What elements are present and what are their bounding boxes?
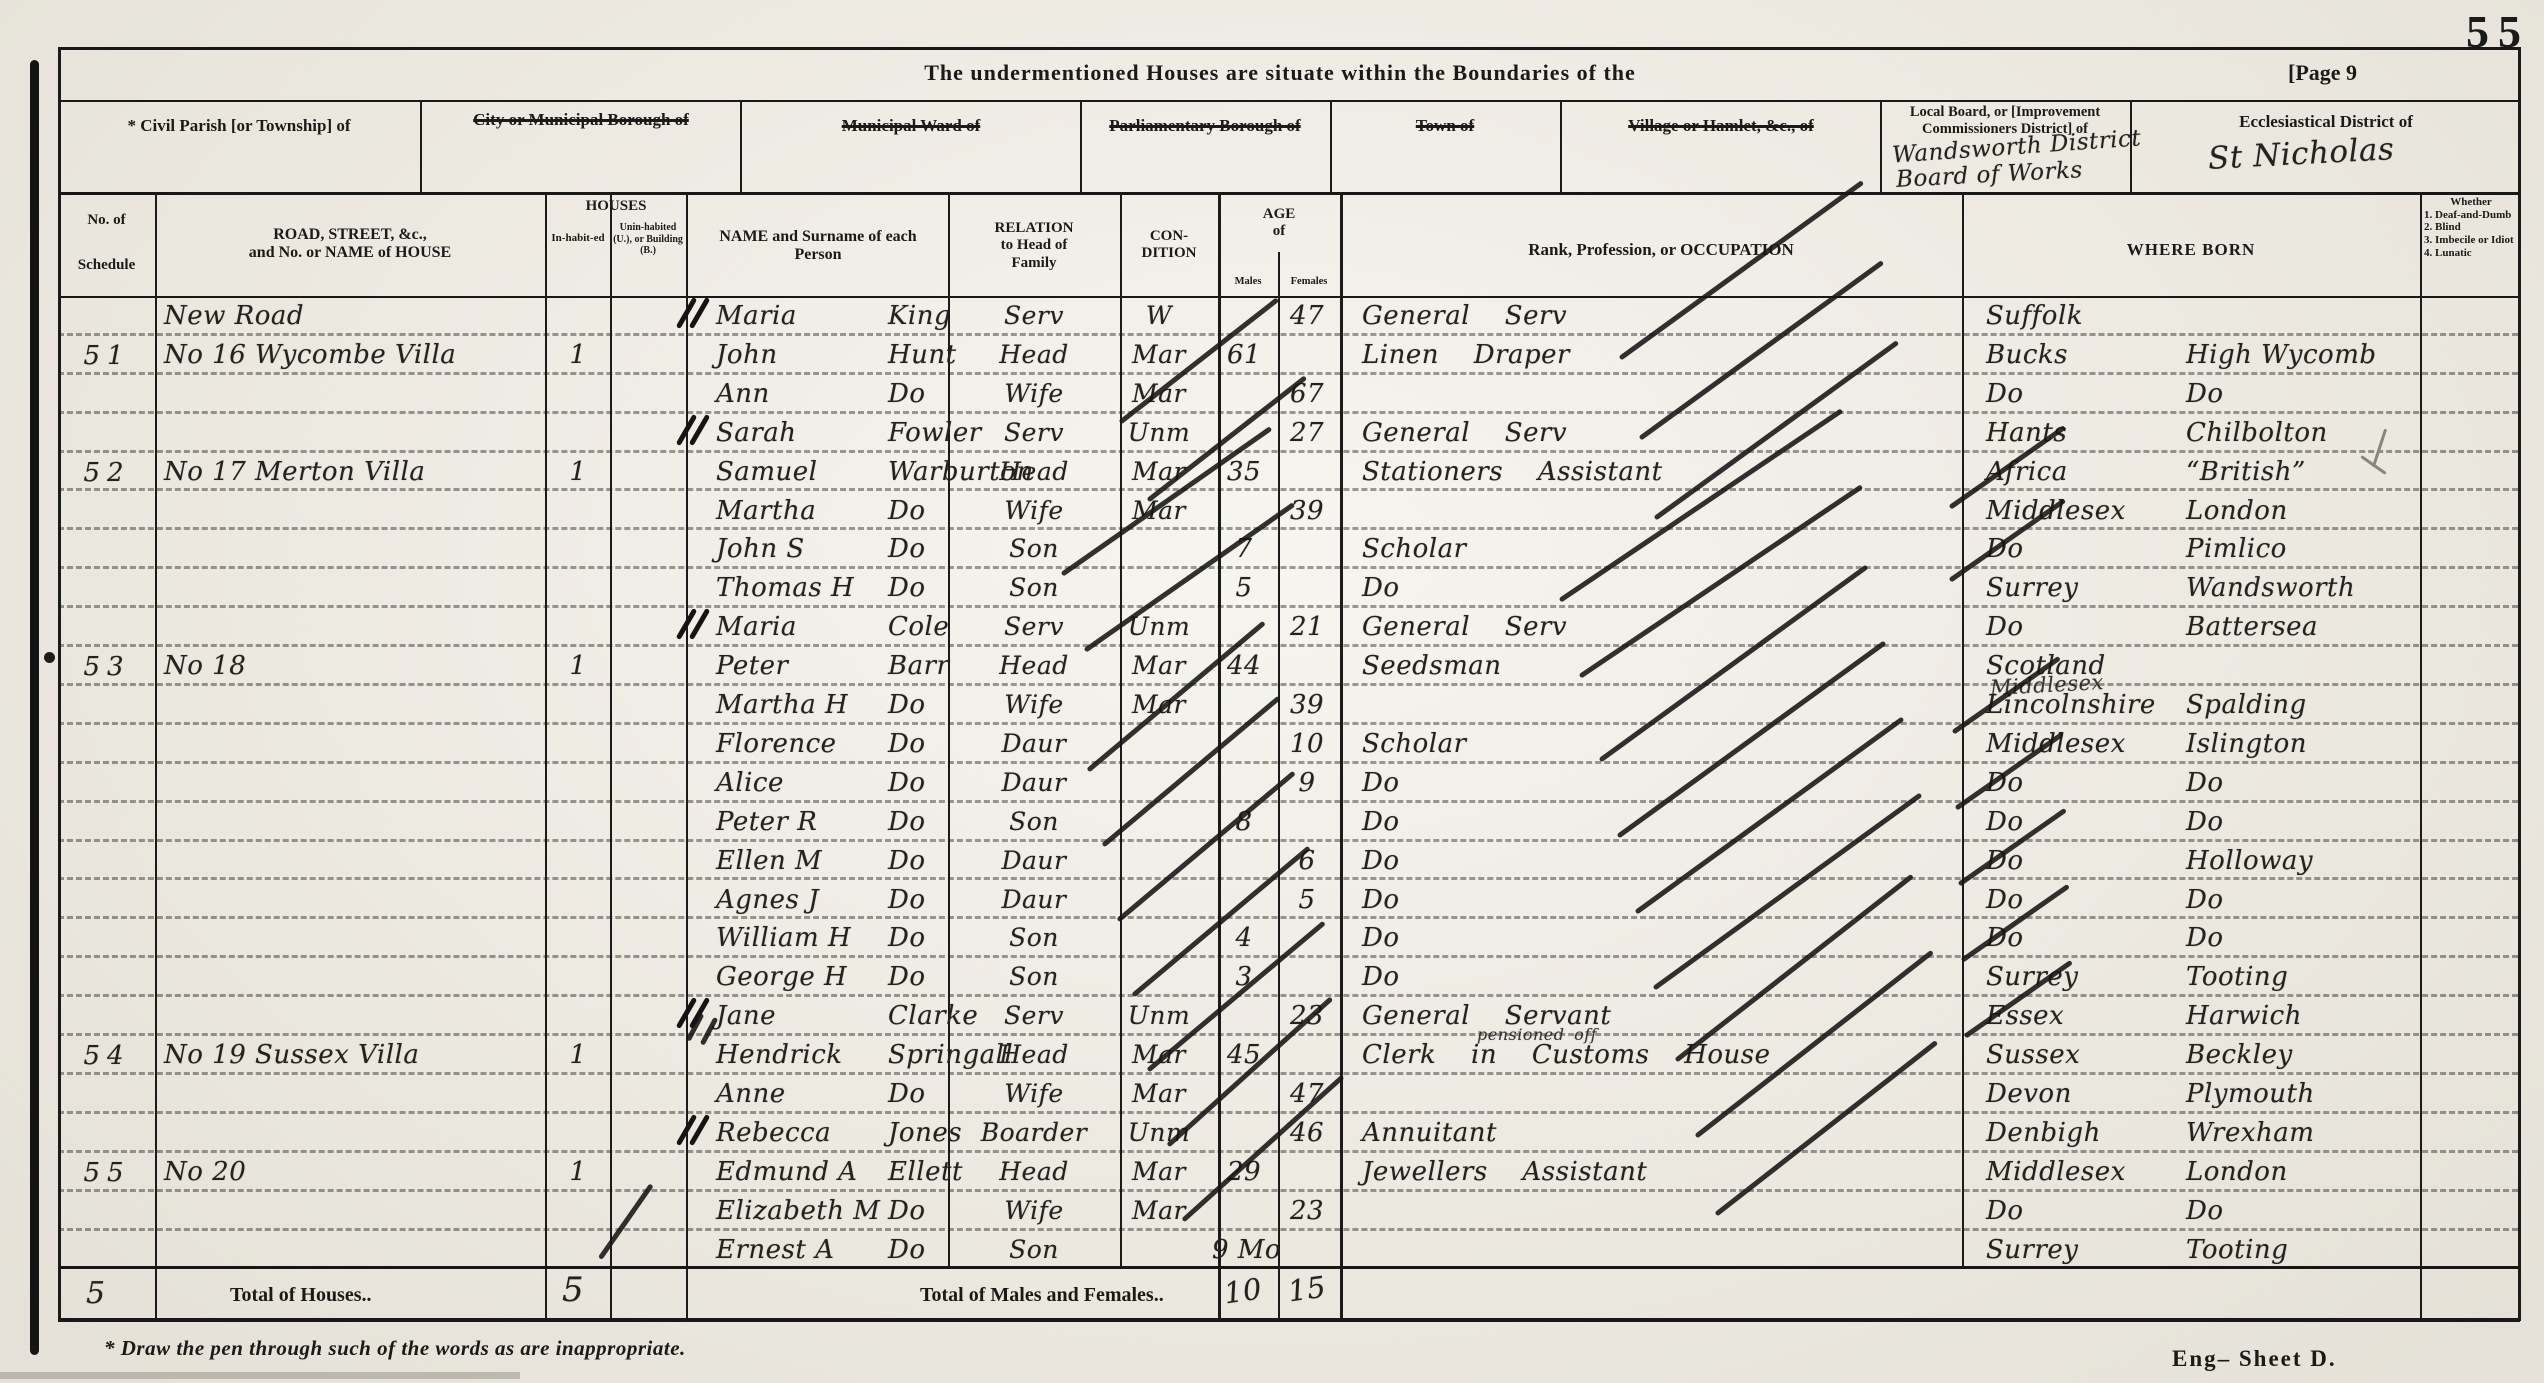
colhead-name-l1: NAME and Surname of each <box>690 228 946 246</box>
where-born-county: Do <box>1986 534 2191 564</box>
col-divider <box>740 100 742 192</box>
col-divider <box>420 100 422 192</box>
where-born-county: Surrey <box>1986 573 2191 603</box>
table-row: Maria Cole Serv Unm 21 General Serv Do B… <box>0 607 2544 646</box>
given-name: Thomas H <box>716 573 886 603</box>
colhead-males: Males <box>1218 276 1278 288</box>
where-born-county: Denbigh <box>1986 1118 2191 1148</box>
given-name: George H <box>716 962 886 992</box>
colhead-infirmity: Whether 1. Deaf-and-Dumb2. Blind3. Imbec… <box>2424 196 2518 259</box>
pencil-mark <box>2368 428 2408 488</box>
where-born-place: Do <box>2186 885 2416 915</box>
colhead-infirmity-title: Whether <box>2424 196 2518 209</box>
col-divider <box>1330 100 1332 192</box>
age-female: 39 <box>1276 690 1338 720</box>
where-born-place: Beckley <box>2186 1040 2416 1070</box>
occupation: General Servant <box>1362 1001 1942 1031</box>
colhead-schedule-l1: No. of <box>58 212 155 229</box>
inhabited-count: 1 <box>548 651 608 681</box>
colhead-road: ROAD, STREET, &c., and No. or NAME of HO… <box>160 226 540 263</box>
given-name: Maria <box>716 612 886 642</box>
boundary-cell-ecclesiastical-district: Ecclesiastical District of <box>2138 112 2514 132</box>
colhead-inhabited: In-habit-ed <box>547 232 609 245</box>
totals-males-value: 10 <box>1222 1272 1264 1311</box>
where-born-place: Do <box>2186 807 2416 837</box>
table-row: Peter R Do Son 8 Do Do Do <box>0 802 2544 841</box>
inhabited-count: 1 <box>548 1157 608 1187</box>
age-female: 46 <box>1276 1118 1338 1148</box>
table-row: Anne Do Wife Mar 47 Devon Plymouth <box>0 1074 2544 1113</box>
age-female: 10 <box>1276 729 1338 759</box>
where-born-county: Middlesex <box>1986 496 2191 526</box>
table-row: Ellen M Do Daur 6 Do Do Holloway <box>0 841 2544 880</box>
census-sheet: 55 The undermentioned Houses are situate… <box>0 0 2544 1383</box>
house-name: No 16 Wycombe Villa <box>164 340 544 370</box>
condition: Mar <box>1100 340 1218 369</box>
condition: Unm <box>1100 1118 1218 1147</box>
boundary-cell-civil-parish: * Civil Parish [or Township] of <box>62 116 416 136</box>
relation-to-head: Wife <box>948 690 1120 719</box>
colhead-infirmity-item: 2. Blind <box>2424 221 2518 234</box>
boundary-cell-city-borough: City or Municipal Borough of <box>428 110 734 130</box>
table-row: 51 No 16 Wycombe Villa 1 John Hunt Head … <box>0 335 2544 374</box>
colhead-relation-l3: Family <box>950 255 1118 272</box>
colhead-relation-l1: RELATION <box>950 220 1118 237</box>
where-born-county: Middlesex <box>1986 729 2191 759</box>
where-born-place: High Wycomb <box>2186 340 2416 370</box>
totals-houses-value: 5 <box>562 1270 584 1310</box>
given-name: John <box>716 340 886 370</box>
col-divider <box>1560 100 1562 192</box>
occupation: Do <box>1362 962 1942 992</box>
house-name: New Road <box>164 301 544 331</box>
house-name: No 18 <box>164 651 544 681</box>
relation-to-head: Son <box>948 923 1120 952</box>
where-born-place: Spalding <box>2186 690 2416 720</box>
where-born-county: Sussex <box>1986 1040 2191 1070</box>
inhabited-count: 1 <box>548 340 608 370</box>
where-born-place: Plymouth <box>2186 1079 2416 1109</box>
given-name: Edmund A <box>716 1157 886 1187</box>
relation-to-head: Serv <box>948 418 1120 447</box>
where-born-place: Wrexham <box>2186 1118 2416 1148</box>
where-born-place: Do <box>2186 379 2416 409</box>
colhead-infirmity-items: 1. Deaf-and-Dumb2. Blind3. Imbecile or I… <box>2424 209 2518 260</box>
totals-schedule-count: 5 <box>86 1276 106 1311</box>
where-born-place: Pimlico <box>2186 534 2416 564</box>
condition: Unm <box>1100 418 1218 447</box>
given-name: Samuel <box>716 457 886 487</box>
where-born-place: Wandsworth <box>2186 573 2416 603</box>
table-row: Agnes J Do Daur 5 Do Do Do <box>0 880 2544 919</box>
age-female: 5 <box>1276 885 1338 915</box>
given-name: Peter <box>716 651 886 681</box>
relation-to-head: Daur <box>948 768 1120 797</box>
occupation-superscript-note: pensioned off <box>1477 1025 1597 1044</box>
table-row: Jane Clarke Serv Unm 23 General Servant … <box>0 996 2544 1035</box>
schedule-number: 55 <box>62 1158 152 1188</box>
relation-to-head: Head <box>948 1157 1120 1186</box>
given-name: Peter R <box>716 807 886 837</box>
where-born-place: Islington <box>2186 729 2416 759</box>
condition: Mar <box>1100 1040 1218 1069</box>
condition: W <box>1100 301 1218 330</box>
given-name: Agnes J <box>716 885 886 915</box>
condition: Mar <box>1100 496 1218 525</box>
household-separator-mark <box>684 607 716 643</box>
where-born-county: Devon <box>1986 1079 2191 1109</box>
colhead-age-l1: AGE <box>1220 206 1338 223</box>
occupation: Stationers Assistant <box>1362 457 1942 487</box>
table-row: Ann Do Wife Mar 67 Do Do <box>0 374 2544 413</box>
house-name: No 19 Sussex Villa <box>164 1040 544 1070</box>
where-born-county: Do <box>1986 846 2191 876</box>
table-row: Florence Do Daur 10 Scholar Middlesex Is… <box>0 724 2544 763</box>
ecclesiastical-district-entry: St Nicholas <box>2207 131 2395 177</box>
where-born-county: Do <box>1986 923 2191 953</box>
rule <box>58 100 2520 102</box>
colhead-infirmity-item: 3. Imbecile or Idiot <box>2424 234 2518 247</box>
colhead-age: AGE of <box>1220 206 1338 241</box>
table-row: 53 No 18 1 Peter Barr Head Mar 44 Seedsm… <box>0 646 2544 685</box>
where-born-county: Do <box>1986 612 2191 642</box>
colhead-condition-l2: DITION <box>1122 245 1216 262</box>
table-row: 52 No 17 Merton Villa 1 Samuel Warburton… <box>0 452 2544 491</box>
given-name: Florence <box>716 729 886 759</box>
where-born-county: Bucks <box>1986 340 2191 370</box>
where-born-county: Do <box>1986 885 2191 915</box>
colhead-name-l2: Person <box>690 246 946 264</box>
relation-to-head: Serv <box>948 301 1120 330</box>
table-row: Elizabeth M Do Wife Mar 23 Do Do <box>0 1191 2544 1230</box>
colhead-road-l2: and No. or NAME of HOUSE <box>160 244 540 262</box>
relation-to-head: Wife <box>948 1079 1120 1108</box>
house-name: No 17 Merton Villa <box>164 457 544 487</box>
occupation: Jewellers Assistant <box>1362 1157 1942 1187</box>
totals-males-females-label: Total of Males and Females.. <box>920 1284 1164 1307</box>
where-born-county: Middlesex <box>1986 1157 2191 1187</box>
colhead-condition: CON- DITION <box>1122 228 1216 263</box>
occupation: Do <box>1362 846 1942 876</box>
relation-to-head: Boarder <box>948 1118 1120 1147</box>
colhead-relation-l2: to Head of <box>950 237 1118 254</box>
scan-artifact <box>0 1372 520 1379</box>
inhabited-count: 1 <box>548 1040 608 1070</box>
condition: Mar <box>1100 690 1218 719</box>
condition: Mar <box>1100 1079 1218 1108</box>
where-born-place: Tooting <box>2186 1235 2416 1265</box>
where-born-county: Hants <box>1986 418 2191 448</box>
age-female: 27 <box>1276 418 1338 448</box>
table-row: John S Do Son 7 Scholar Do Pimlico <box>0 529 2544 568</box>
table-row: Alice Do Daur 9 Do Do Do <box>0 763 2544 802</box>
household-separator-mark <box>684 413 716 449</box>
relation-to-head: Son <box>948 962 1120 991</box>
age-male: 4 <box>1212 923 1276 953</box>
colhead-schedule: No. of Schedule <box>58 212 155 275</box>
where-born-county: Suffolk <box>1986 301 2191 331</box>
relation-to-head: Wife <box>948 379 1120 408</box>
where-born-county: Lincolnshire <box>1986 690 2191 720</box>
colhead-schedule-l2: Schedule <box>58 257 155 274</box>
relation-to-head: Head <box>948 457 1120 486</box>
relation-to-head: Son <box>948 573 1120 602</box>
age-female: 21 <box>1276 612 1338 642</box>
occupation: Clerk in Customs Housepensioned off <box>1362 1040 1942 1070</box>
totals-females-value: 15 <box>1286 1270 1328 1309</box>
where-born-place: Do <box>2186 1196 2416 1226</box>
given-name: Alice <box>716 768 886 798</box>
household-separator-mark <box>684 1113 716 1149</box>
rows: New Road Maria King Serv W 47 General Se… <box>0 296 2544 1269</box>
frame-top <box>58 47 2520 50</box>
where-born-county: Essex <box>1986 1001 2191 1031</box>
relation-to-head: Wife <box>948 496 1120 525</box>
table-row: Ernest A Do Son 9 Mo Surrey Tooting <box>0 1230 2544 1269</box>
page-label: [Page 9 <box>2288 60 2357 85</box>
boundary-cell-village-hamlet: Village or Hamlet, &c., of <box>1568 116 1874 136</box>
occupation: Linen Draper <box>1362 340 1942 370</box>
given-name: Martha H <box>716 690 886 720</box>
col-divider <box>1080 100 1082 192</box>
where-born-place: Do <box>2186 768 2416 798</box>
relation-to-head: Daur <box>948 885 1120 914</box>
relation-to-head: Head <box>948 340 1120 369</box>
colhead-road-l1: ROAD, STREET, &c., <box>160 226 540 244</box>
where-born-place: Battersea <box>2186 612 2416 642</box>
table-row: Sarah Fowler Serv Unm 27 General Serv Ha… <box>0 413 2544 452</box>
form-title: The undermentioned Houses are situate wi… <box>300 60 2260 85</box>
relation-to-head: Daur <box>948 846 1120 875</box>
given-name: Ellen M <box>716 846 886 876</box>
occupation: Annuitant <box>1362 1118 1942 1148</box>
where-born-place: Harwich <box>2186 1001 2416 1031</box>
table-row: Thomas H Do Son 5 Do Surrey Wandsworth <box>0 568 2544 607</box>
colhead-houses: HOUSES <box>548 198 684 215</box>
given-name: Hendrick <box>716 1040 886 1070</box>
household-separator-mark <box>684 296 716 332</box>
colhead-condition-l1: CON- <box>1122 228 1216 245</box>
age-male: 5 <box>1212 573 1276 603</box>
colhead-infirmity-item: 1. Deaf-and-Dumb <box>2424 209 2518 222</box>
boundary-cell-parliamentary-borough: Parliamentary Borough of <box>1086 116 1324 136</box>
occupation: General Serv <box>1362 301 1942 331</box>
given-name: Anne <box>716 1079 886 1109</box>
table-row: William H Do Son 4 Do Do Do <box>0 918 2544 957</box>
given-name: Elizabeth M <box>716 1196 886 1226</box>
boundary-cell-town: Town of <box>1336 116 1554 136</box>
where-born-county: Surrey <box>1986 1235 2191 1265</box>
colhead-where-born: WHERE BORN <box>1964 240 2418 260</box>
given-name: Rebecca <box>716 1118 886 1148</box>
colhead-infirmity-item: 4. Lunatic <box>2424 247 2518 260</box>
totals-houses-label: Total of Houses.. <box>230 1284 372 1307</box>
colhead-relation: RELATION to Head of Family <box>950 220 1118 272</box>
relation-to-head: Head <box>948 1040 1120 1069</box>
schedule-number: 51 <box>62 341 152 371</box>
where-born-place: London <box>2186 1157 2416 1187</box>
given-name: Jane <box>716 1001 886 1031</box>
where-born-place: Tooting <box>2186 962 2416 992</box>
relation-to-head: Wife <box>948 1196 1120 1225</box>
occupation: Do <box>1362 923 1942 953</box>
colhead-occupation: Rank, Profession, or OCCUPATION <box>1362 240 1960 260</box>
given-name: Sarah <box>716 418 886 448</box>
relation-to-head: Head <box>948 651 1120 680</box>
where-born-place: Holloway <box>2186 846 2416 876</box>
where-born-county: Do <box>1986 1196 2191 1226</box>
given-name: Ann <box>716 379 886 409</box>
rule <box>58 192 2520 195</box>
where-born-county: Surrey <box>1986 962 2191 992</box>
schedule-number: 52 <box>62 458 152 488</box>
age-female: 47 <box>1276 301 1338 331</box>
relation-to-head: Serv <box>948 612 1120 641</box>
relation-to-head: Daur <box>948 729 1120 758</box>
house-name: No 20 <box>164 1157 544 1187</box>
age-male: 9 Mo <box>1212 1235 1276 1265</box>
table-row: 55 No 20 1 Edmund A Ellett Head Mar 29 J… <box>0 1152 2544 1191</box>
relation-to-head: Serv <box>948 1001 1120 1030</box>
colhead-females: Females <box>1278 276 1340 288</box>
colhead-uninhabited: Unin-habited (U.), or Building (B.) <box>612 222 684 257</box>
where-born-place: Do <box>2186 923 2416 953</box>
age-female: 23 <box>1276 1196 1338 1226</box>
given-name: Martha <box>716 496 886 526</box>
schedule-number: 53 <box>62 652 152 682</box>
relation-to-head: Son <box>948 1235 1120 1264</box>
colhead-age-l2: of <box>1220 223 1338 240</box>
col-divider <box>1880 100 1882 192</box>
condition: Mar <box>1100 1157 1218 1186</box>
given-name: John S <box>716 534 886 564</box>
sheet-label: Eng– Sheet D. <box>2172 1346 2337 1372</box>
boundary-cell-municipal-ward: Municipal Ward of <box>748 116 1074 136</box>
where-born-county: Do <box>1986 379 2191 409</box>
where-born-county: Do <box>1986 768 2191 798</box>
given-name: Ernest A <box>716 1235 886 1265</box>
where-born-county: Do <box>1986 807 2191 837</box>
given-name: Maria <box>716 301 886 331</box>
inhabited-count: 1 <box>548 457 608 487</box>
relation-to-head: Son <box>948 807 1120 836</box>
table-row: Rebecca Jones Boarder Unm 46 Annuitant D… <box>0 1113 2544 1152</box>
occupation: Do <box>1362 768 1942 798</box>
frame-bottom <box>58 1318 2520 1322</box>
colhead-name: NAME and Surname of each Person <box>690 228 946 265</box>
footnote: * Draw the pen through such of the words… <box>104 1336 686 1360</box>
where-born-place: London <box>2186 496 2416 526</box>
schedule-number: 54 <box>62 1041 152 1071</box>
table-row: Martha Do Wife Mar 39 Middlesex London <box>0 491 2544 530</box>
given-name: William H <box>716 923 886 953</box>
